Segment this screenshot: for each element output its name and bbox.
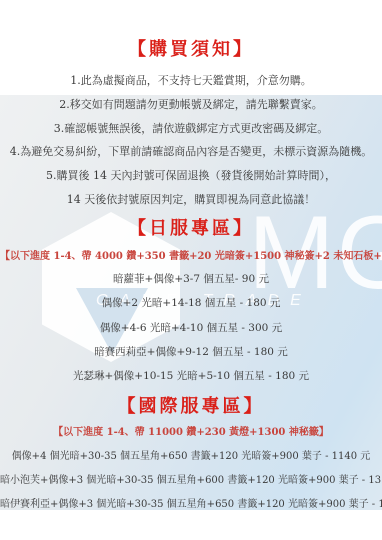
notice-line: 4.為避免交易糾紛，下單前請確認商品內容是否變更，未標示資源為隨機。	[0, 143, 382, 159]
purchase-notice-title: 【購買須知】	[0, 35, 382, 61]
intl-item-row: 暗伊賽利亞+偶像+3 個光暗+30-35 個五星角+650 書籤+120 光暗簽…	[0, 495, 382, 510]
notice-line: 14 天後依封號原因判定，購買即視為同意此協議！	[0, 191, 382, 207]
notice-line: 5.購買後 14 天內封號可保固退換（發貨後開始計算時間），	[0, 167, 382, 183]
intl-item-row: 暗小泡芙+偶像+3 個光暗+30-35 個五星角+600 書籤+120 光暗簽+…	[0, 471, 382, 486]
jp-item-row: 暗賽西莉亞+偶像+9-12 個五星 - 180 元	[0, 344, 382, 359]
jp-item-row: 光瑟琳+偶像+10-15 光暗+5-10 個五星 - 180 元	[0, 368, 382, 383]
intl-server-progress-subtitle: 【以下進度 1-4、帶 11000 鑽+230 黃燈+1300 神秘籤】	[0, 423, 382, 438]
jp-server-section-title: 【日服專區】	[0, 214, 382, 240]
jp-item-row: 偶像+2 光暗+14-18 個五星 - 180 元	[0, 295, 382, 310]
jp-item-row: 偶像+4-6 光暗+4-10 個五星 - 300 元	[0, 320, 382, 335]
notice-line: 2.移交如有問題請勿更動帳號及綁定，請先聯繫賣家。	[0, 96, 382, 112]
intl-item-row: 偶像+4 個光暗+30-35 個五星角+650 書籤+120 光暗簽+900 葉…	[0, 447, 382, 462]
jp-server-progress-subtitle: 【以下進度 1-4、帶 4000 鑽+350 書籤+20 光暗簽+1500 神秘…	[0, 247, 382, 262]
notice-line: 3.確認帳號無誤後，請依遊戲綁定方式更改密碼及綁定。	[0, 120, 382, 136]
jp-item-row: 暗蘿菲+偶像+3-7 個五星- 90 元	[0, 271, 382, 286]
intl-server-section-title: 【國際服專區】	[0, 392, 382, 418]
notice-line: 1.此為虛擬商品，不支持七天鑑賞期，介意勿購。	[0, 72, 382, 88]
product-description-image: MG GAME TRADE 【購買須知】 1.此為虛擬商品，不支持七天鑑賞期，介…	[0, 0, 382, 540]
